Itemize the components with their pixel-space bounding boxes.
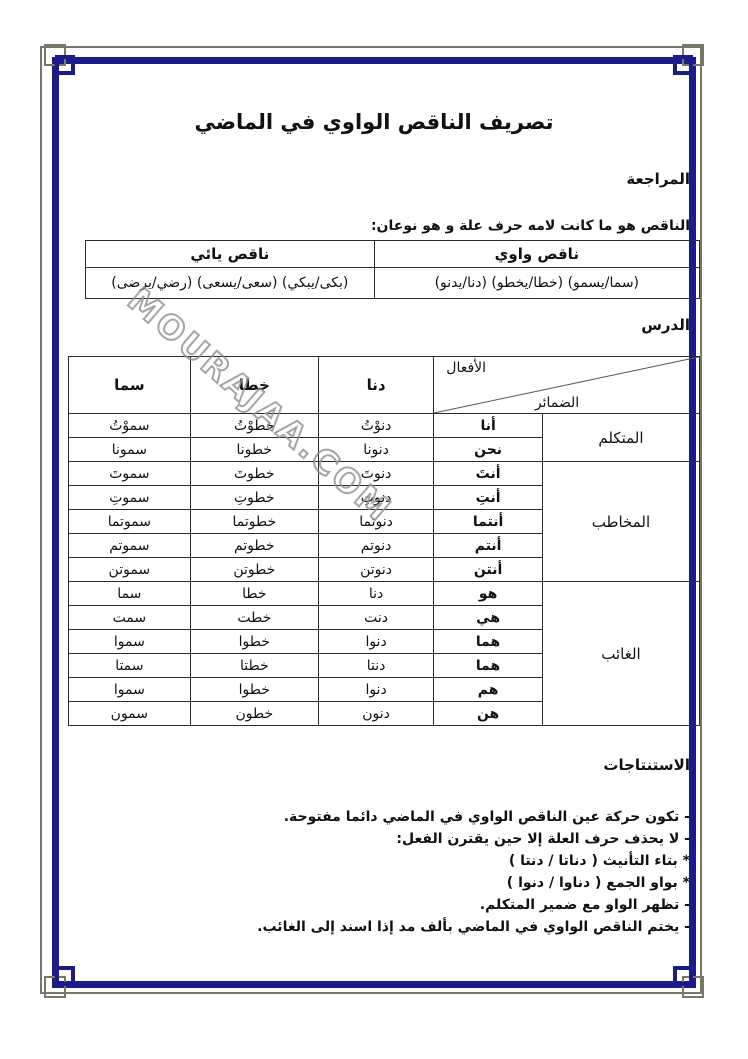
conclusion-item: * بتاء التأنيث ( دناتا / دنتا ) (257, 850, 690, 872)
pronoun-cell: أنتَ (434, 462, 543, 486)
corner-ornament-top-right-inner (673, 55, 693, 75)
conjugation-table: الأفعال الضمائر دنا خطا سما المتكلم أنا … (68, 356, 700, 726)
verb-cell: خطوتِ (190, 486, 318, 510)
verb-cell: سمونا (69, 438, 191, 462)
conjugation-header-row: الأفعال الضمائر دنا خطا سما (69, 357, 700, 414)
verb-cell: سموتن (69, 558, 191, 582)
group-absent: الغائب (542, 582, 699, 726)
verb-cell: خطتا (190, 654, 318, 678)
verb-cell: دنوا (318, 678, 433, 702)
verb-cell: سموتِ (69, 486, 191, 510)
review-table-value-row: (سما/يسمو) (خطا/يخطو) (دنا/يدنو) (بكى/يب… (86, 268, 700, 299)
verb-cell: سموتم (69, 534, 191, 558)
conclusion-item: - تظهر الواو مع ضمير المتكلم. (257, 894, 690, 916)
verb-cell: سموتما (69, 510, 191, 534)
page-title: تصريف الناقص الواوي في الماضي (0, 110, 748, 134)
verb-cell: سموْتُ (69, 414, 191, 438)
verb-cell: دنوتم (318, 534, 433, 558)
diagonal-label-verbs: الأفعال (446, 360, 486, 376)
pronoun-cell: هن (434, 702, 543, 726)
verb-cell: دنوتن (318, 558, 433, 582)
verb-cell: سموا (69, 630, 191, 654)
verb-cell: دنا (318, 582, 433, 606)
group-speaker: المتكلم (542, 414, 699, 462)
pronoun-cell: أنتن (434, 558, 543, 582)
verb-cell: دنوْتُ (318, 414, 433, 438)
table-row: الغائب هو دنا خطا سما (69, 582, 700, 606)
verb-cell: دنون (318, 702, 433, 726)
review-header-waw: ناقص واوي (374, 241, 699, 268)
corner-ornament-bottom-right-inner (673, 966, 693, 986)
verb-cell: دنتا (318, 654, 433, 678)
review-header-ya: ناقص يائي (86, 241, 375, 268)
pronoun-cell: هما (434, 654, 543, 678)
conclusions-list: - تكون حركة عين الناقص الواوي في الماضي … (257, 806, 690, 938)
review-intro-text: الناقص هو ما كانت لامه حرف علة و هو نوعا… (371, 218, 690, 234)
verb-cell: سمتا (69, 654, 191, 678)
conclusion-item: * بواو الجمع ( دناوا / دنوا ) (257, 872, 690, 894)
diagonal-label-pronouns: الضمائر (535, 395, 579, 411)
diagonal-header-cell: الأفعال الضمائر (434, 357, 700, 414)
corner-ornament-bottom-left-inner (55, 966, 75, 986)
verb-cell: دنوا (318, 630, 433, 654)
group-addressee: المخاطب (542, 462, 699, 582)
pronoun-cell: نحن (434, 438, 543, 462)
verb-cell: سما (69, 582, 191, 606)
review-heading: المراجعة (626, 170, 690, 188)
verb-cell: خطوتن (190, 558, 318, 582)
verb-cell: سموتَ (69, 462, 191, 486)
verb-cell: خطت (190, 606, 318, 630)
conclusion-item: - لا يحذف حرف العلة إلا حين يقترن الفعل: (257, 828, 690, 850)
pronoun-cell: هي (434, 606, 543, 630)
verb-cell: سمت (69, 606, 191, 630)
pronoun-cell: هو (434, 582, 543, 606)
conclusions-heading: الاستنتاجات (603, 756, 690, 774)
review-value-ya: (بكى/يبكي) (سعى/يسعى) (رضي/يرضى) (86, 268, 375, 299)
verb-cell: سموا (69, 678, 191, 702)
table-row: المخاطب أنتَ دنوتَ خطوتَ سموتَ (69, 462, 700, 486)
pronoun-cell: هما (434, 630, 543, 654)
verb-cell: دنت (318, 606, 433, 630)
review-table-header-row: ناقص واوي ناقص يائي (86, 241, 700, 268)
verb-header-dana: دنا (318, 357, 433, 414)
verb-cell: خطوا (190, 678, 318, 702)
review-value-waw: (سما/يسمو) (خطا/يخطو) (دنا/يدنو) (374, 268, 699, 299)
verb-cell: سمون (69, 702, 191, 726)
pronoun-cell: أنتم (434, 534, 543, 558)
pronoun-cell: أنتما (434, 510, 543, 534)
pronoun-cell: هم (434, 678, 543, 702)
lesson-heading: الدرس (641, 316, 690, 334)
pronoun-cell: أنتِ (434, 486, 543, 510)
conclusion-item: - يختم الناقص الواوي في الماضي بألف مد إ… (257, 916, 690, 938)
verb-cell: خطون (190, 702, 318, 726)
pronoun-cell: أنا (434, 414, 543, 438)
review-table: ناقص واوي ناقص يائي (سما/يسمو) (خطا/يخطو… (85, 240, 700, 299)
conclusion-item: - تكون حركة عين الناقص الواوي في الماضي … (257, 806, 690, 828)
verb-cell: خطوتما (190, 510, 318, 534)
verb-header-sama: سما (69, 357, 191, 414)
table-row: المتكلم أنا دنوْتُ خطوْتُ سموْتُ (69, 414, 700, 438)
corner-ornament-top-left-inner (55, 55, 75, 75)
verb-cell: خطوا (190, 630, 318, 654)
verb-cell: خطوتم (190, 534, 318, 558)
verb-cell: خطا (190, 582, 318, 606)
